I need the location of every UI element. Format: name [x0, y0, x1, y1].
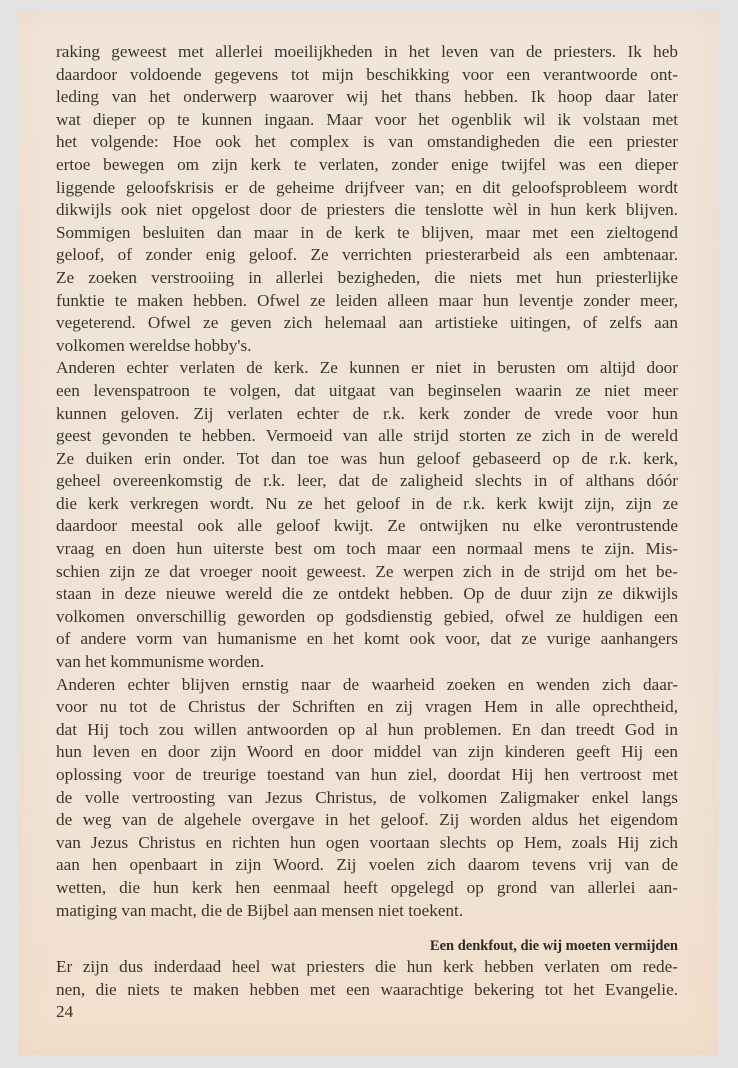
page-number: 24 — [56, 1001, 678, 1024]
text-line: Er zijn dus inderdaad heel wat priesters… — [56, 956, 678, 979]
text-line: hun leven en door zijn Woord en door mid… — [56, 741, 678, 764]
text-line: geest gevonden te hebben. Vermoeid van a… — [56, 425, 678, 448]
text-line: een levenspatroon te volgen, dat uitgaat… — [56, 380, 678, 403]
text-line: dat Hij toch zou willen antwoorden op al… — [56, 719, 678, 742]
section-heading: Een denkfout, die wij moeten vermijden — [56, 936, 678, 956]
closing-paragraph: Er zijn dus inderdaad heel wat priesters… — [56, 956, 678, 1001]
paragraph-3: Anderen echter blijven ernstig naar de w… — [56, 674, 678, 923]
text-line: of andere vorm van humanisme en het komt… — [56, 628, 678, 651]
text-line: raking geweest met allerlei moeilijkhede… — [56, 41, 678, 64]
text-line: funktie te maken hebben. Ofwel ze leiden… — [56, 290, 678, 313]
text-line: die kerk verkregen wordt. Nu ze het gelo… — [56, 493, 678, 516]
text-line: nen, die niets te maken hebben met een w… — [56, 979, 678, 1002]
text-line: Sommigen besluiten dan maar in de kerk t… — [56, 222, 678, 245]
text-line: volkomen onverschillig geworden op godsd… — [56, 606, 678, 629]
text-line: Anderen echter verlaten de kerk. Ze kunn… — [56, 357, 678, 380]
paragraph-2: Anderen echter verlaten de kerk. Ze kunn… — [56, 357, 678, 673]
text-line: voor nu tot de Christus der Schriften en… — [56, 696, 678, 719]
text-line: schien zijn ze dat vroeger nooit geweest… — [56, 561, 678, 584]
text-line: wetten, die hun kerk hen eenmaal heeft o… — [56, 877, 678, 900]
page-body: raking geweest met allerlei moeilijkhede… — [56, 41, 678, 1024]
text-line: de volle vertroosting van Jezus Christus… — [56, 787, 678, 810]
paragraph-1: raking geweest met allerlei moeilijkhede… — [56, 41, 678, 357]
text-line: Ze zoeken verstrooiing in allerlei bezig… — [56, 267, 678, 290]
text-line: van Jezus Christus en richten hun ogen v… — [56, 832, 678, 855]
text-line: kunnen geloven. Zij verlaten echter de r… — [56, 403, 678, 426]
book-page: raking geweest met allerlei moeilijkhede… — [18, 10, 718, 1055]
text-line: het volgende: Hoe ook het complex is van… — [56, 131, 678, 154]
text-line: de weg van de algehele overgave in het g… — [56, 809, 678, 832]
text-line: Anderen echter blijven ernstig naar de w… — [56, 674, 678, 697]
text-line: matiging van macht, die de Bijbel aan me… — [56, 900, 678, 923]
text-line: geloof, of zonder enig geloof. Ze verric… — [56, 244, 678, 267]
text-line: aan hen openbaart in zijn Woord. Zij voe… — [56, 854, 678, 877]
text-line: daardoor voldoende gegevens tot mijn bes… — [56, 64, 678, 87]
text-line: geheel overeenkomstig de r.k. leer, dat … — [56, 470, 678, 493]
text-line: leding van het onderwerp waarover wij he… — [56, 86, 678, 109]
text-line: liggende geloofskrisis er de geheime dri… — [56, 177, 678, 200]
text-line: dikwijls ook niet opgelost door de pries… — [56, 199, 678, 222]
text-line: staan in deze nieuwe wereld die ze ontde… — [56, 583, 678, 606]
text-line: oplossing voor de treurige toestand van … — [56, 764, 678, 787]
text-line: daardoor meestal ook alle geloof kwijt. … — [56, 515, 678, 538]
text-line: ertoe bewegen om zijn kerk te verlaten, … — [56, 154, 678, 177]
text-line: volkomen wereldse hobby's. — [56, 335, 678, 358]
text-line: van het kommunisme worden. — [56, 651, 678, 674]
text-line: vraag en doen hun uiterste best om toch … — [56, 538, 678, 561]
text-line: Ze duiken erin onder. Tot dan toe was hu… — [56, 448, 678, 471]
text-line: vegeterend. Ofwel ze geven zich helemaal… — [56, 312, 678, 335]
text-line: wat dieper op te kunnen ingaan. Maar voo… — [56, 109, 678, 132]
